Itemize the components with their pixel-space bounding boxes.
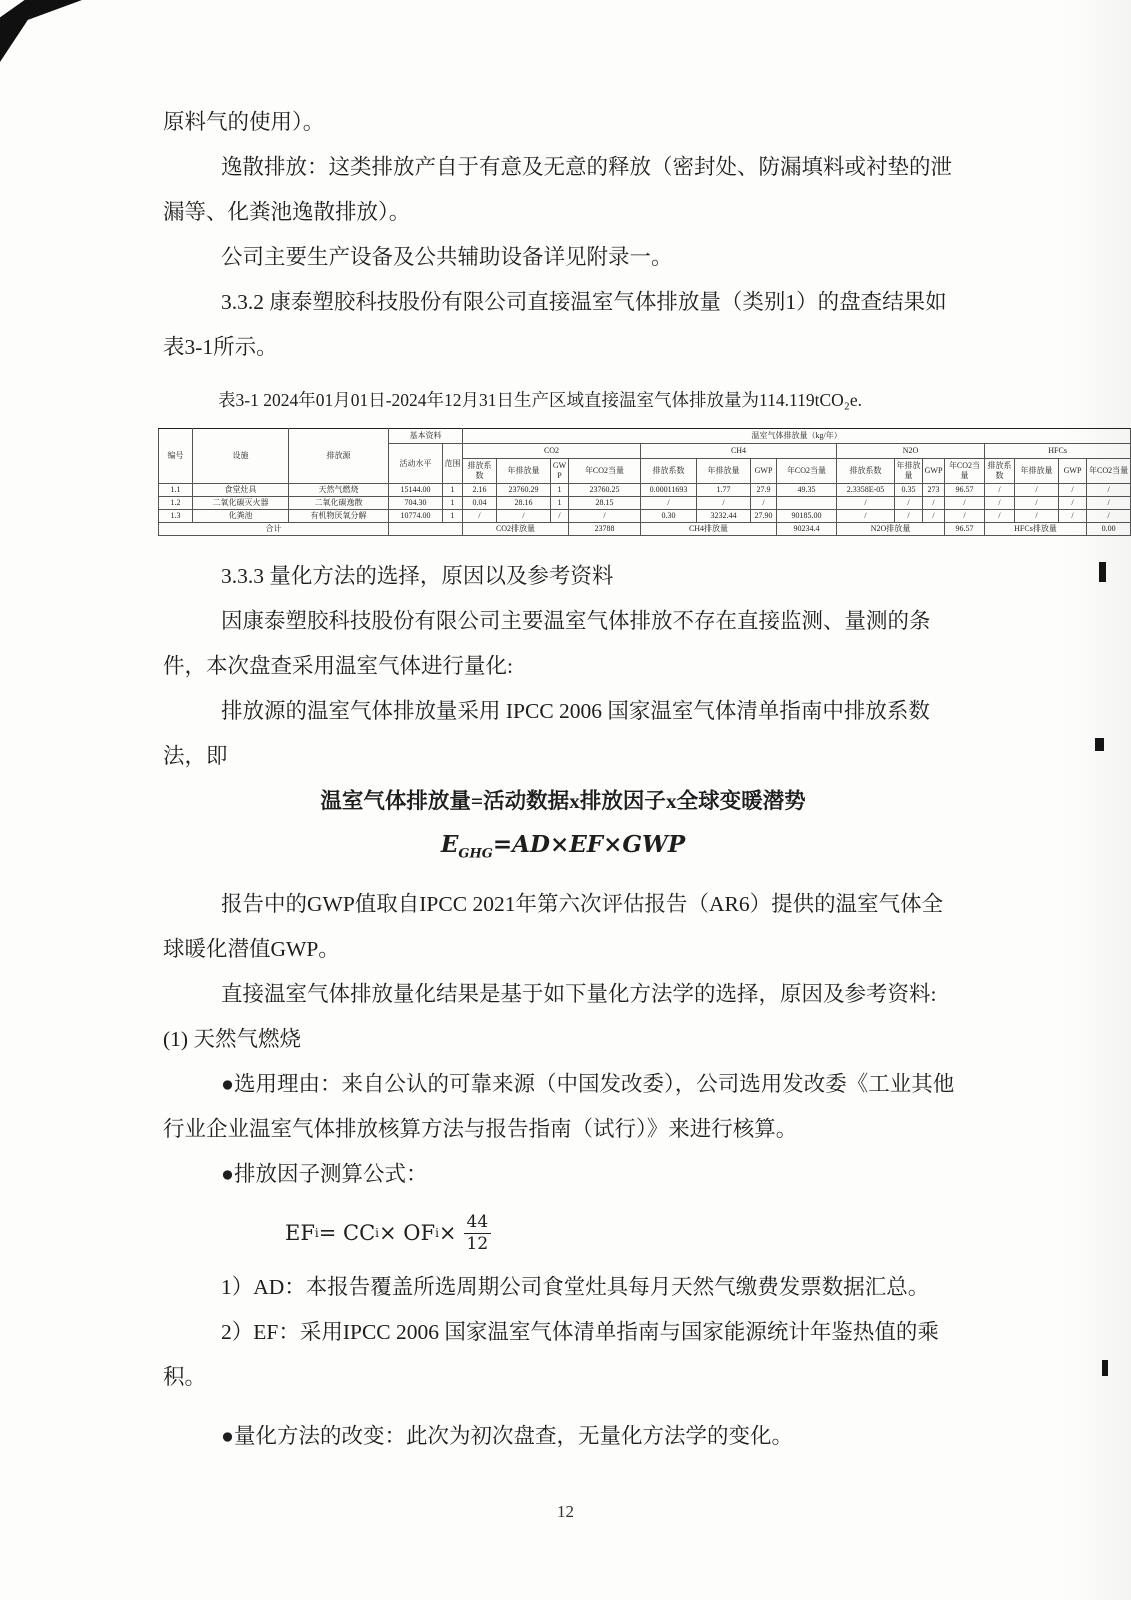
formula-ef: EFi = CCi × OFi × 4412 bbox=[285, 1203, 963, 1265]
col-header-metric: GWP bbox=[551, 459, 569, 484]
col-header-metric: 年CO2当量 bbox=[569, 459, 641, 484]
table-cell: 2.16 bbox=[463, 484, 497, 497]
table-cell: / bbox=[985, 497, 1015, 510]
col-header-metric: 年CO2当量 bbox=[1087, 459, 1131, 484]
table-cell: 28.15 bbox=[569, 497, 641, 510]
col-header-metric: 年排放量 bbox=[1015, 459, 1059, 484]
scan-edge-artifact bbox=[1102, 1360, 1108, 1376]
table-cell: / bbox=[895, 510, 923, 523]
bullet-selection-reason: ●选用理由：来自公认的可靠来源（中国发改委），公司选用发改委《工业其他行业企业温… bbox=[163, 1062, 963, 1152]
table-cell: / bbox=[895, 497, 923, 510]
table-cell: 27.90 bbox=[751, 510, 777, 523]
table-cell: / bbox=[923, 497, 945, 510]
table-cell: 27.9 bbox=[751, 484, 777, 497]
table-total-cell: 96.57 bbox=[945, 523, 985, 536]
table-totals-row: 合计CO2排放量23788CH4排放量90234.4N2O排放量96.57HFC… bbox=[159, 523, 1131, 536]
col-header-activity: 活动水平 bbox=[389, 444, 443, 484]
formula-eghg: EGHG=AD×EF×GWP bbox=[163, 824, 963, 876]
table-cell: 23760.29 bbox=[497, 484, 551, 497]
gas-header-hfcs: HFCs bbox=[985, 444, 1131, 459]
col-header-metric: 排放系数 bbox=[641, 459, 697, 484]
table-cell: / bbox=[641, 497, 697, 510]
formula-ef-fraction: 4412 bbox=[464, 1213, 492, 1253]
table-cell: 2.3358E-05 bbox=[837, 484, 895, 497]
scan-corner-artifact bbox=[0, 0, 82, 62]
paragraph-methodology-intro: 直接温室气体排放量化结果是基于如下量化方法学的选择，原因及参考资料: bbox=[163, 972, 963, 1017]
formula-ef-part: = CC bbox=[319, 1222, 375, 1245]
table-cell: / bbox=[985, 510, 1015, 523]
table-cell: 23760.25 bbox=[569, 484, 641, 497]
col-header-metric: 年排放量 bbox=[497, 459, 551, 484]
table-cell: 1 bbox=[443, 497, 463, 510]
table-cell: / bbox=[945, 510, 985, 523]
paragraph-ipcc-factor-method: 排放源的温室气体排放量采用 IPCC 2006 国家温室气体清单指南中排放系数法… bbox=[163, 689, 963, 779]
col-header-metric: 排放系数 bbox=[837, 459, 895, 484]
bullet-ef-formula-label: ●排放因子测算公式： bbox=[163, 1152, 963, 1197]
table-cell: 食堂灶具 bbox=[193, 484, 289, 497]
formula-ef-part: × bbox=[439, 1222, 457, 1245]
table-cell bbox=[777, 497, 837, 510]
scanned-report-page: 原料气的使用）。 逸散排放：这类排放产自于有意及无意的释放（密封处、防漏填料或衬… bbox=[0, 0, 1131, 1600]
col-header-scope: 范围 bbox=[443, 444, 463, 484]
table-cell: 天然气燃烧 bbox=[289, 484, 389, 497]
table-total-cell: N2O排放量 bbox=[837, 523, 945, 536]
table-cell: 49.35 bbox=[777, 484, 837, 497]
table-cell: 10774.00 bbox=[389, 510, 443, 523]
table-body: 1.1食堂灶具天然气燃烧15144.0012.1623760.29123760.… bbox=[159, 484, 1131, 536]
paragraph-no-direct-monitoring: 因康泰塑胶科技股份有限公司主要温室气体排放不存在直接监测、量测的条件，本次盘查采… bbox=[163, 599, 963, 689]
table-total-cell bbox=[389, 523, 463, 536]
table-cell: / bbox=[751, 497, 777, 510]
table-caption: 表3-1 2024年01月01日-2024年12月31日生产区域直接温室气体排放… bbox=[218, 380, 963, 420]
scan-edge-artifact bbox=[1099, 562, 1106, 582]
table-cell: 化粪池 bbox=[193, 510, 289, 523]
table-cell: / bbox=[837, 510, 895, 523]
table-cell: 1 bbox=[443, 510, 463, 523]
col-header-metric: 年排放量 bbox=[697, 459, 751, 484]
table-cell: 0.30 bbox=[641, 510, 697, 523]
table-cell: / bbox=[697, 497, 751, 510]
table-cell: / bbox=[837, 497, 895, 510]
table-row: 1.2二氧化碳灭火器二氧化碳逸散704.3010.0428.16128.15//… bbox=[159, 497, 1131, 510]
fraction-denominator: 12 bbox=[464, 1234, 492, 1254]
table-cell: 0.35 bbox=[895, 484, 923, 497]
table-cell: / bbox=[1015, 484, 1059, 497]
formula-eghg-base: E bbox=[441, 831, 459, 858]
table-total-cell: 0.00 bbox=[1087, 523, 1131, 536]
table-total-cell: CH4排放量 bbox=[641, 523, 777, 536]
paragraph-equipment-appendix: 公司主要生产设备及公共辅助设备详见附录一。 bbox=[163, 235, 963, 280]
col-header-metric: GWP bbox=[923, 459, 945, 484]
table-row: 1.3化粪池有机物厌氧分解10774.001////0.303232.4427.… bbox=[159, 510, 1131, 523]
list-item-ad: 1）AD：本报告覆盖所选周期公司食堂灶具每月天然气缴费发票数据汇总。 bbox=[163, 1265, 963, 1310]
table-cell: 1 bbox=[551, 497, 569, 510]
table-cell: / bbox=[985, 484, 1015, 497]
fraction-numerator: 44 bbox=[464, 1213, 492, 1234]
col-header-metric: 排放系数 bbox=[463, 459, 497, 484]
paragraph-gwp-ar6: 报告中的GWP值取自IPCC 2021年第六次评估报告（AR6）提供的温室气体全… bbox=[163, 882, 963, 972]
table-cell: 15144.00 bbox=[389, 484, 443, 497]
list-item-ef: 2）EF：采用IPCC 2006 国家温室气体清单指南与国家能源统计年鉴热值的乘… bbox=[163, 1310, 963, 1400]
formula-eghg-sub: GHG bbox=[458, 847, 493, 862]
table-total-cell: 23788 bbox=[569, 523, 641, 536]
section-heading-3-3-3: 3.3.3 量化方法的选择，原因以及参考资料 bbox=[163, 554, 963, 599]
col-header-metric: GWP bbox=[1059, 459, 1087, 484]
table-cell: / bbox=[497, 510, 551, 523]
table-cell: 704.30 bbox=[389, 497, 443, 510]
formula-eghg-rest: =AD×EF×GWP bbox=[493, 831, 685, 858]
group-header-basic: 基本资料 bbox=[389, 429, 463, 444]
formula-ghg-text: 温室气体排放量=活动数据x排放因子x全球变暖潜势 bbox=[163, 779, 963, 824]
table-cell: 90185.00 bbox=[777, 510, 837, 523]
table-cell: / bbox=[551, 510, 569, 523]
gas-header-n2o: N2O bbox=[837, 444, 985, 459]
table-cell: 1 bbox=[443, 484, 463, 497]
table-total-cell: 合计 bbox=[159, 523, 389, 536]
table-cell: 3232.44 bbox=[697, 510, 751, 523]
paragraph-fugitive-emissions: 逸散排放：这类排放产自于有意及无意的释放（密封处、防漏填料或衬垫的泄漏等、化粪池… bbox=[163, 145, 963, 235]
col-header-no: 编号 bbox=[159, 429, 193, 484]
table-cell: 1.1 bbox=[159, 484, 193, 497]
section-heading-3-3-2: 3.3.2 康泰塑胶科技股份有限公司直接温室气体排放量（类别1）的盘查结果如表3… bbox=[163, 280, 963, 370]
table-cell: / bbox=[1015, 510, 1059, 523]
col-header-metric: 年CO2当量 bbox=[945, 459, 985, 484]
col-header-facility: 设施 bbox=[193, 429, 289, 484]
table-cell: 28.16 bbox=[497, 497, 551, 510]
paragraph-carryover: 原料气的使用）。 bbox=[163, 100, 963, 145]
table-cell: / bbox=[1015, 497, 1059, 510]
table-cell: 二氧化碳灭火器 bbox=[193, 497, 289, 510]
col-header-metric: 年排放量 bbox=[895, 459, 923, 484]
gas-header-co2: CO2 bbox=[463, 444, 641, 459]
col-header-metric: 排放系数 bbox=[985, 459, 1015, 484]
table-cell: / bbox=[945, 497, 985, 510]
table-cell: / bbox=[463, 510, 497, 523]
table-header-row-groups: 编号 设施 排放源 基本资料 温室气体排放量（kg/年） 排放总量 bbox=[159, 429, 1131, 444]
col-header-metric: GWP bbox=[751, 459, 777, 484]
table-cell: / bbox=[1087, 484, 1131, 497]
page-number: 12 bbox=[0, 1502, 1131, 1522]
col-header-source: 排放源 bbox=[289, 429, 389, 484]
bullet-method-change: ●量化方法的改变：此次为初次盘查，无量化方法学的变化。 bbox=[163, 1414, 963, 1459]
group-header-ghg: 温室气体排放量（kg/年） bbox=[463, 429, 1131, 444]
table-cell: / bbox=[923, 510, 945, 523]
gas-header-ch4: CH4 bbox=[641, 444, 837, 459]
table-cell: 0.00011693 bbox=[641, 484, 697, 497]
table-total-cell: CO2排放量 bbox=[463, 523, 569, 536]
table-cell: / bbox=[1059, 497, 1087, 510]
formula-ef-part: × OF bbox=[379, 1222, 435, 1245]
table-cell: / bbox=[1087, 497, 1131, 510]
formula-ef-part: EF bbox=[285, 1222, 315, 1245]
table-cell: 二氧化碳逸散 bbox=[289, 497, 389, 510]
table-cell: 有机物厌氧分解 bbox=[289, 510, 389, 523]
table-cell: / bbox=[569, 510, 641, 523]
page-body: 原料气的使用）。 逸散排放：这类排放产自于有意及无意的释放（密封处、防漏填料或衬… bbox=[163, 100, 963, 1459]
scan-edge-artifact bbox=[1095, 738, 1104, 751]
table-cell: 0.04 bbox=[463, 497, 497, 510]
table-total-cell: HFCs排放量 bbox=[985, 523, 1087, 536]
table-cell: 1.77 bbox=[697, 484, 751, 497]
table-cell: 96.57 bbox=[945, 484, 985, 497]
table-cell: / bbox=[1059, 484, 1087, 497]
table-cell: 1.3 bbox=[159, 510, 193, 523]
table-cell: / bbox=[1087, 510, 1131, 523]
table-row: 1.1食堂灶具天然气燃烧15144.0012.1623760.29123760.… bbox=[159, 484, 1131, 497]
table-total-cell: 90234.4 bbox=[777, 523, 837, 536]
col-header-metric: 年CO2当量 bbox=[777, 459, 837, 484]
table-cell: / bbox=[1059, 510, 1087, 523]
emissions-table: 编号 设施 排放源 基本资料 温室气体排放量（kg/年） 排放总量 活动水平 范… bbox=[158, 428, 1131, 536]
table-cell: 273 bbox=[923, 484, 945, 497]
table-cell: 1 bbox=[551, 484, 569, 497]
table-cell: 1.2 bbox=[159, 497, 193, 510]
list-item-natural-gas: (1) 天然气燃烧 bbox=[163, 1017, 963, 1062]
